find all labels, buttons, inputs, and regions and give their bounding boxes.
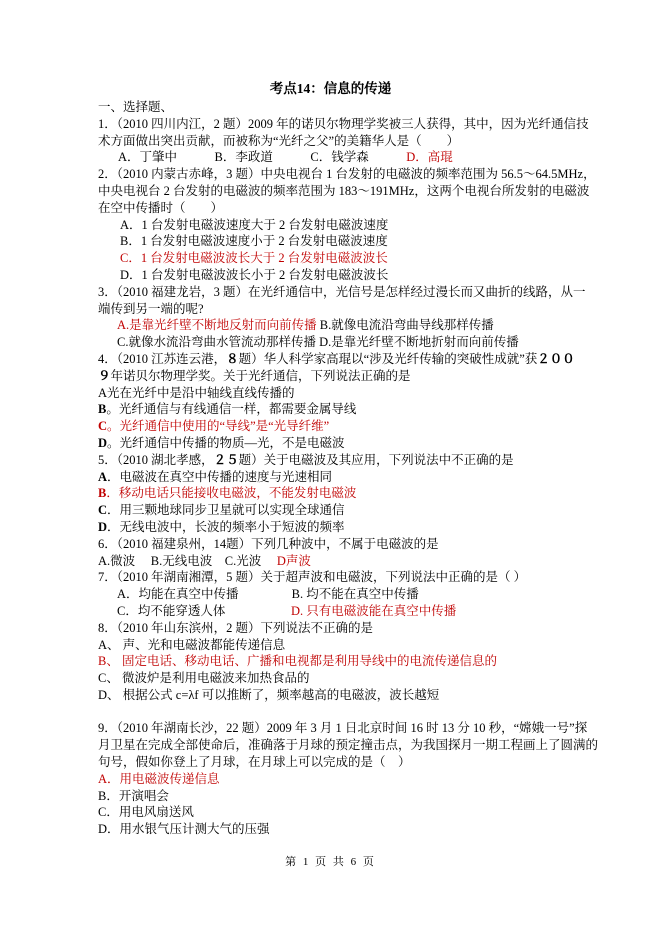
text-segment: ９ (98, 369, 111, 383)
doc-line (98, 704, 580, 721)
doc-line: 月卫星在完成全部使命后，准确落于月球的预定撞击点，为我国探月一期工程画上了圆满的 (98, 737, 580, 754)
doc-line: C．1 台发射电磁波波长大于 2 台发射电磁波波长 (98, 250, 580, 267)
text-segment: C (98, 503, 107, 517)
text-segment: A、 声、光和电磁波都能传递信息 (98, 638, 285, 652)
text-segment: 5．（2010 湖北孝感， (98, 453, 214, 467)
text-segment: B．1 台发射电磁波速度小于 2 台发射电磁波速度 (120, 234, 388, 248)
doc-line: A．用电磁波传递信息 (98, 771, 580, 788)
text-segment: B．开演唱会 (98, 789, 169, 803)
text-segment: B.就像电流沿弯曲导线那样传播 (317, 318, 494, 332)
doc-line: C．用三颗地球同步卫星就可以实现全球通信 (98, 502, 580, 519)
doc-line: 4．（2010 江苏连云港，８题）华人科学家高琨以“涉及光纤传输的突破性成就”获… (98, 351, 580, 368)
doc-line: 1．（2010 四川内江，2 题）2009 年的诺贝尔物理学奖被三人获得，其中，… (98, 116, 580, 133)
text-segment: ．电磁波在真空中传播的速度与光速相同 (107, 470, 332, 484)
doc-body: 一、选择题、1．（2010 四川内江，2 题）2009 年的诺贝尔物理学奖被三人… (98, 99, 580, 838)
text-segment: 2．（2010 内蒙古赤峰，3 题）中央电视台 1 台发射的电磁波的频率范围为 … (98, 167, 596, 181)
text-segment: C、 微波炉是利用电磁波来加热食品的 (98, 671, 309, 685)
text-segment: D．高琨 (406, 150, 453, 164)
text-segment: C．均不能穿透人体 (117, 604, 291, 618)
text-segment: 在空中传播时（ ） (98, 201, 223, 215)
text-segment: A.是靠光纤壁不断地反射而向前传播 (117, 318, 317, 332)
doc-line: A．丁肇中 B．李政道 C．钱学森 D．高琨 (98, 149, 580, 166)
text-segment: 术方面做出突出贡献，而被称为“光纤之父”的美籍华人是（ ） (98, 134, 459, 148)
doc-line: C.就像水流沿弯曲水管流动那样传播 D.是靠光纤壁不断地折射而向前传播 (98, 334, 580, 351)
text-segment: A．1 台发射电磁波速度大于 2 台发射电磁波速度 (120, 218, 388, 232)
text-segment: 4．（2010 江苏连云港， (98, 352, 226, 366)
doc-line: 端传到另一端的呢? (98, 301, 580, 318)
doc-line: A．电磁波在真空中传播的速度与光速相同 (98, 469, 580, 486)
doc-line: C。光纤通信中使用的“导线”是“光导纤维” (98, 418, 580, 435)
doc-line: A．1 台发射电磁波速度大于 2 台发射电磁波速度 (98, 217, 580, 234)
text-segment: 8．（2010 年山东滨州，2 题）下列说法不正确的是 (98, 621, 373, 635)
doc-line: 3．（2010 福建龙岩，3 题）在光纤通信中，光信号是怎样经过漫长而又曲折的线… (98, 284, 580, 301)
text-segment: 9．（2010 年湖南长沙，22 题）2009 年 3 月 1 日北京时间 16… (98, 721, 587, 735)
text-segment: D (98, 436, 107, 450)
text-segment: A．均能在真空中传播 B. 均不能在真空中传播 (117, 587, 419, 601)
doc-line: B、 固定电话、移动电话、广播和电视都是利用导线中的电流传递信息的 (98, 653, 580, 670)
text-segment: D. 只有电磁波能在真空中传播 (291, 604, 456, 618)
text-segment: C．用电风扇送风 (98, 805, 194, 819)
doc-line: B．开演唱会 (98, 788, 580, 805)
text-segment: 题）关于电磁波及其应用，下列说法中不正确的是 (239, 453, 514, 467)
text-segment: B、 固定电话、移动电话、广播和电视都是利用导线中的电流传递信息的 (98, 654, 497, 668)
doc-line: 6．（2010 福建泉州，14题）下列几种波中，不属于电磁波的是 (98, 536, 580, 553)
text-segment: 1．（2010 四川内江，2 题）2009 年的诺贝尔物理学奖被三人获得，其中，… (98, 117, 589, 131)
text-segment: 中央电视台 2 台发射的电磁波的频率范围为 183～191MHz，这两个电视台所… (98, 184, 589, 198)
doc-line: 2．（2010 内蒙古赤峰，3 题）中央电视台 1 台发射的电磁波的频率范围为 … (98, 166, 580, 183)
text-segment: C (98, 419, 107, 433)
doc-line: 7．（2010 年湖南湘潭，5 题）关于超声波和电磁波，下列说法中正确的是（ ） (98, 569, 580, 586)
text-segment: D．用水银气压计测大气的压强 (98, 822, 270, 836)
doc-line: D、 根据公式 c=λf 可以推断了，频率越高的电磁波，波长越短 (98, 687, 580, 704)
text-segment: C.就像水流沿弯曲水管流动那样传播 D.是靠光纤壁不断地折射而向前传播 (117, 335, 519, 349)
text-segment: 。光纤通信中使用的“导线”是“光导纤维” (107, 419, 329, 433)
text-segment: C．1 台发射电磁波波长大于 2 台发射电磁波波长 (120, 251, 388, 265)
doc-line: D．1 台发射电磁波波长小于 2 台发射电磁波波长 (98, 267, 580, 284)
doc-line: A.微波 B.无线电波 C.光波 D声波 (98, 553, 580, 570)
text-segment: 端传到另一端的呢? (98, 302, 204, 316)
doc-line: 8．（2010 年山东滨州，2 题）下列说法不正确的是 (98, 620, 580, 637)
text-segment: 。光纤通信中传播的物质—光，不是电磁波 (107, 436, 345, 450)
doc-line: C、 微波炉是利用电磁波来加热食品的 (98, 670, 580, 687)
doc-line: 9．（2010 年湖南长沙，22 题）2009 年 3 月 1 日北京时间 16… (98, 720, 580, 737)
doc-line: A.是靠光纤壁不断地反射而向前传播 B.就像电流沿弯曲导线那样传播 (98, 317, 580, 334)
text-segment: A光在光纤中是沿中轴线直线传播的 (98, 386, 295, 400)
doc-line: 术方面做出突出贡献，而被称为“光纤之父”的美籍华人是（ ） (98, 133, 580, 150)
text-segment: 一、选择题、 (98, 100, 173, 114)
page-title: 考点14：信息的传递 (0, 80, 661, 97)
doc-line: D．用水银气压计测大气的压强 (98, 821, 580, 838)
doc-line: 5．（2010 湖北孝感，２５题）关于电磁波及其应用，下列说法中不正确的是 (98, 452, 580, 469)
text-segment: ．移动电话只能接收电磁波，不能发射电磁波 (106, 486, 356, 500)
doc-line: B．移动电话只能接收电磁波，不能发射电磁波 (98, 485, 580, 502)
text-segment: A．用电磁波传递信息 (98, 772, 220, 786)
text-segment: ２５ (214, 453, 239, 467)
text-segment: ．无线电波中，长波的频率小于短波的频率 (107, 520, 345, 534)
document-page: 考点14：信息的传递 一、选择题、1．（2010 四川内江，2 题）2009 年… (0, 0, 661, 935)
doc-line: A光在光纤中是沿中轴线直线传播的 (98, 385, 580, 402)
doc-line: 一、选择题、 (98, 99, 580, 116)
text-segment: ８ (226, 352, 239, 366)
text-segment: ．用三颗地球同步卫星就可以实现全球通信 (107, 503, 345, 517)
text-segment: A．丁肇中 B．李政道 C．钱学森 (118, 150, 406, 164)
doc-line: D．无线电波中，长波的频率小于短波的频率 (98, 519, 580, 536)
text-segment: D．1 台发射电磁波波长小于 2 台发射电磁波波长 (120, 268, 388, 282)
text-segment: 6．（2010 福建泉州，14题）下列几种波中，不属于电磁波的是 (98, 537, 439, 551)
text-segment: 题）华人科学家高琨以“涉及光纤传输的突破性成就”获 (239, 352, 538, 366)
text-segment: A (98, 470, 107, 484)
page-footer: 第 1 页 共 6 页 (0, 853, 661, 869)
text-segment: D (98, 520, 107, 534)
text-segment: 7．（2010 年湖南湘潭，5 题）关于超声波和电磁波，下列说法中正确的是（ ） (98, 570, 526, 584)
doc-line: C．均不能穿透人体 D. 只有电磁波能在真空中传播 (98, 603, 580, 620)
doc-line: B。光纤通信与有线通信一样，都需要金属导线 (98, 401, 580, 418)
text-segment: ２００ (537, 352, 575, 366)
text-segment: 月卫星在完成全部使命后，准确落于月球的预定撞击点，为我国探月一期工程画上了圆满的 (98, 738, 598, 752)
text-segment: A.微波 B.无线电波 C.光波 (98, 554, 277, 568)
doc-line: ９年诺贝尔物理学奖。关于光纤通信，下列说法正确的是 (98, 368, 580, 385)
text-segment: D声波 (277, 554, 311, 568)
text-segment: 。光纤通信与有线通信一样，都需要金属导线 (106, 402, 356, 416)
doc-line: C．用电风扇送风 (98, 804, 580, 821)
doc-line: B．1 台发射电磁波速度小于 2 台发射电磁波速度 (98, 233, 580, 250)
doc-line: 句号，假如你登上了月球，在月球上可以完成的是（ ） (98, 754, 580, 771)
text-segment: 句号，假如你登上了月球，在月球上可以完成的是（ ） (98, 755, 411, 769)
doc-line: D。光纤通信中传播的物质—光，不是电磁波 (98, 435, 580, 452)
text-segment: D、 根据公式 c=λf 可以推断了，频率越高的电磁波，波长越短 (98, 688, 439, 702)
text-segment: 3．（2010 福建龙岩，3 题）在光纤通信中，光信号是怎样经过漫长而又曲折的线… (98, 285, 586, 299)
doc-line: A、 声、光和电磁波都能传递信息 (98, 637, 580, 654)
doc-line: 在空中传播时（ ） (98, 200, 580, 217)
doc-line: A．均能在真空中传播 B. 均不能在真空中传播 (98, 586, 580, 603)
doc-line: 中央电视台 2 台发射的电磁波的频率范围为 183～191MHz，这两个电视台所… (98, 183, 580, 200)
text-segment: 年诺贝尔物理学奖。关于光纤通信，下列说法正确的是 (111, 369, 411, 383)
